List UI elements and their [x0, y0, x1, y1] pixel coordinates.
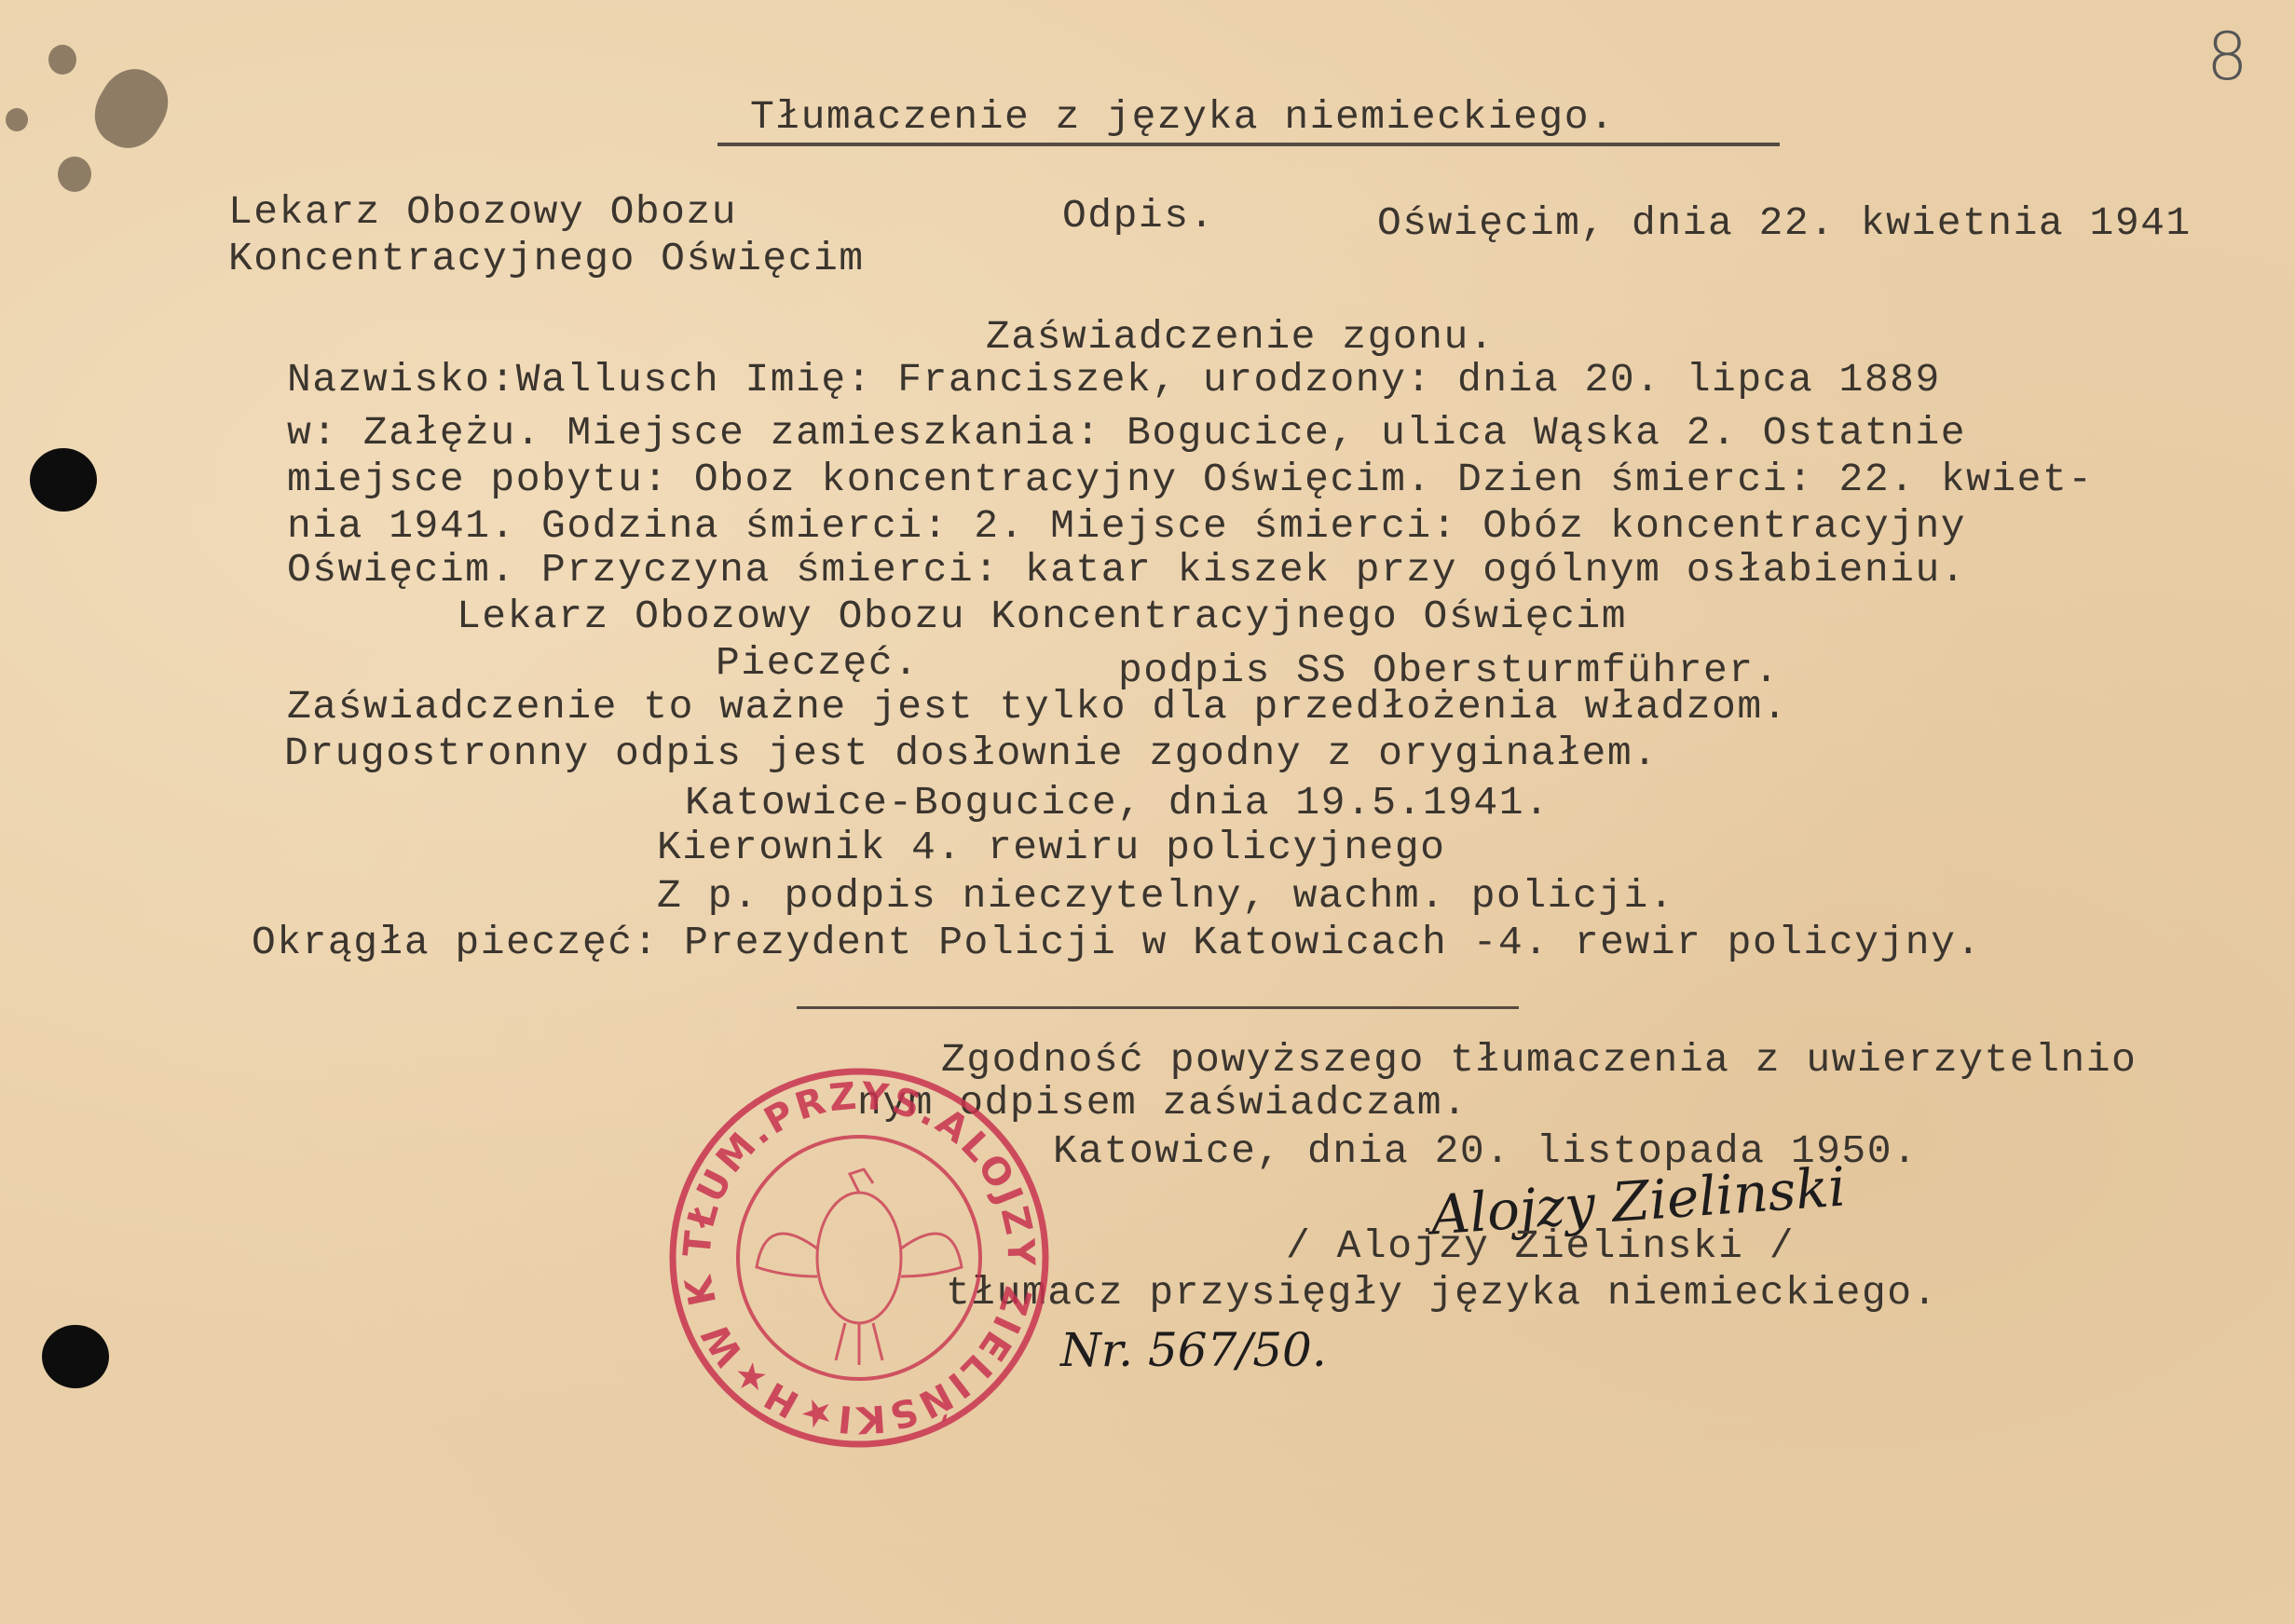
ink-stain [48, 45, 76, 75]
eagle-icon [757, 1169, 962, 1365]
ink-stain [58, 157, 91, 192]
punch-hole [42, 1325, 109, 1388]
certificate-line: w: Załężu. Miejsce zamieszkania: Bogucic… [287, 413, 1966, 453]
seal-label: Pieczęć. [716, 643, 919, 683]
certificate-line: nia 1941. Godzina śmierci: 2. Miejsce śm… [287, 506, 1966, 546]
original-place-date: Oświęcim, dnia 22. kwietnia 1941 [1377, 203, 2192, 243]
police-signature: Z p. podpis nieczytelny, wachm. policji. [657, 876, 1674, 916]
police-stamp-text: Okrągła pieczęć: Prezydent Policji w Kat… [252, 922, 1982, 962]
ink-stain [83, 58, 181, 160]
document-title: Tłumaczenie z języka niemieckiego. [750, 97, 1615, 137]
register-number: Nr. 567/50. [1060, 1323, 1327, 1377]
separator-line [797, 1006, 1519, 1009]
seal-icon: TŁUM.PRZYS.ALOJZY ZIELIŃSKI★H★W KATOWICA… [663, 1062, 1055, 1453]
copy-label: Odpis. [1062, 196, 1215, 236]
ink-stain [6, 108, 28, 131]
certificate-line: Nazwisko:Wallusch Imię: Franciszek, urod… [287, 360, 1941, 400]
police-office: Kierownik 4. rewiru policyjnego [657, 827, 1445, 867]
translator-seal: TŁUM.PRZYS.ALOJZY ZIELIŃSKI★H★W KATOWICA… [663, 1062, 1055, 1453]
punch-hole [30, 448, 97, 512]
translator-name: / Alojzy Zielinski / [1286, 1226, 1795, 1266]
issuer-line-1: Lekarz Obozowy Obozu [228, 192, 737, 232]
certificate-line: miejsce pobytu: Oboz koncentracyjny Oświ… [287, 459, 2094, 499]
certificate-heading: Zaświadczenie zgonu. [986, 317, 1495, 357]
certificate-signatory: Lekarz Obozowy Obozu Koncentracyjnego Oś… [457, 596, 1627, 636]
page-number: 8 [2206, 19, 2248, 95]
issuer-line-2: Koncentracyjnego Oświęcim [228, 239, 865, 279]
title-underline [717, 143, 1780, 146]
attestation-line: Drugostronny odpis jest dosłownie zgodny… [284, 733, 1658, 773]
translator-title: tłumacz przysięgły języka niemieckiego. [946, 1273, 1938, 1313]
validity-note: Zaświadczenie to ważne jest tylko dla pr… [287, 687, 1788, 727]
certificate-line: Oświęcim. Przyczyna śmierci: katar kisze… [287, 550, 1966, 590]
attestation-place-date: Katowice-Bogucice, dnia 19.5.1941. [685, 783, 1550, 823]
translator-line-1: Zgodność powyższego tłumaczenia z uwierz… [941, 1040, 2137, 1080]
